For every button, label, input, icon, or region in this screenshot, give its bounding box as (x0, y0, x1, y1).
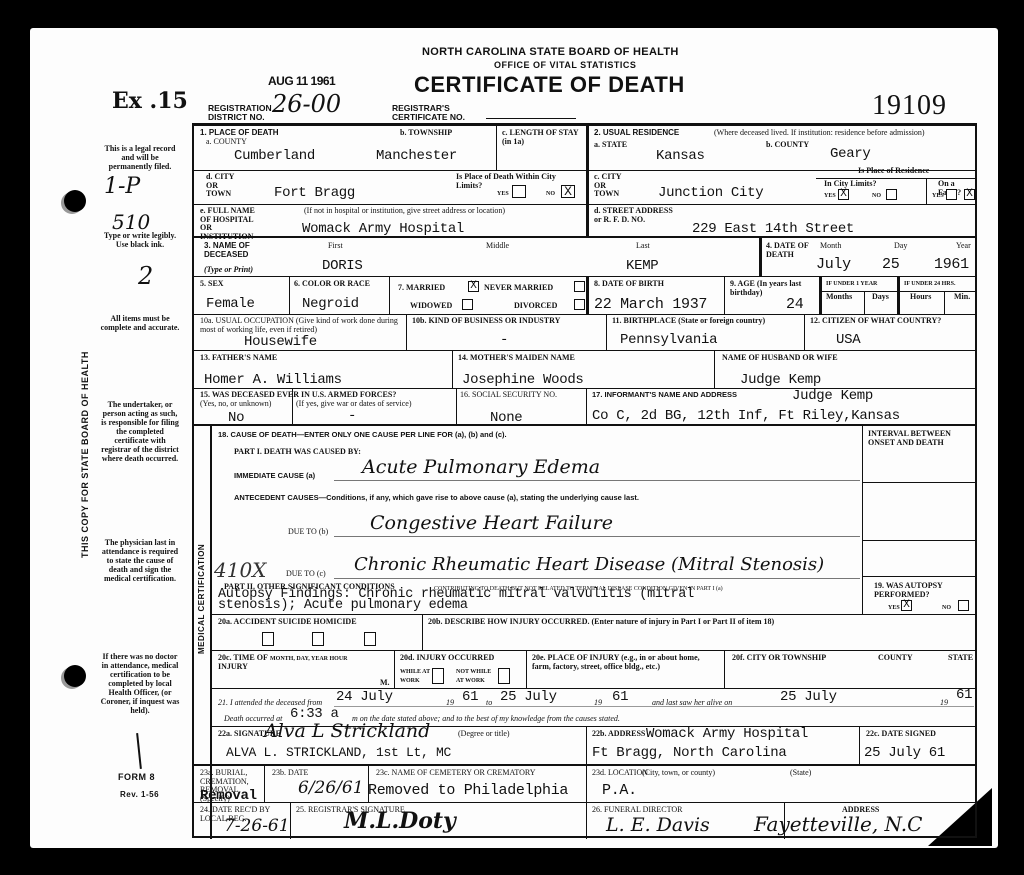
physician-signature[interactable]: Alva L Strickland (264, 720, 430, 742)
last-saw-year-field[interactable]: 61 (956, 687, 972, 703)
first-name-field[interactable]: DORIS (322, 258, 363, 274)
due-to-c-label: DUE TO (c) (286, 570, 326, 579)
autopsy-yes-checkbox[interactable]: X (901, 600, 912, 611)
cemetery-field[interactable]: Removed to Philadelphia (368, 782, 568, 799)
suicide-checkbox[interactable] (312, 632, 324, 646)
due-to-c-field[interactable]: Chronic Rheumatic Heart Disease (Mitral … (354, 554, 824, 575)
note-complete: All items must be complete and accurate. (100, 314, 180, 332)
place-of-injury-label: 20e. PLACE OF INJURY (e.g., in or about … (532, 654, 717, 671)
hospital-note: (If not in hospital or institution, give… (304, 207, 505, 216)
race-field[interactable]: Negroid (302, 296, 359, 312)
residence-in-city-no-checkbox[interactable] (886, 189, 897, 200)
physician-typed-name[interactable]: ALVA L. STRICKLAND, 1st Lt, MC (226, 745, 451, 760)
death-city-label: d. CITY OR TOWN (206, 173, 240, 199)
married-checkbox[interactable]: X (468, 281, 479, 292)
registrar-signature[interactable]: M.L.Doty (344, 808, 456, 834)
death-city-field[interactable]: Fort Bragg (274, 185, 355, 201)
yes-label: YES (932, 192, 944, 201)
autopsy-no-checkbox[interactable] (958, 600, 969, 611)
county-label: a. COUNTY (206, 138, 247, 147)
months-label: Months (826, 293, 852, 302)
form-number: FORM 8 (118, 772, 155, 782)
date-of-birth-label: 8. DATE OF BIRTH (594, 280, 664, 289)
no-label: NO (546, 190, 555, 199)
certificate-number: 19109 (872, 90, 947, 122)
under-1-year-label: IF UNDER 1 YEAR (826, 280, 877, 289)
registration-district-label: REGISTRATION DISTRICT NO. (208, 104, 278, 122)
in-city-limits-label: In City Limits? (824, 180, 876, 189)
margin-code: 410X (214, 558, 266, 582)
accident-suicide-homicide-label: 20a. ACCIDENT SUICIDE HOMICIDE (218, 618, 357, 627)
form-revision: Rev. 1-56 (120, 790, 159, 799)
other-conditions-line-2[interactable]: stenosis); Acute pulmonary edema (218, 600, 468, 612)
type-or-print-note: (Type or Print) (204, 266, 253, 275)
middle-name-label: Middle (486, 242, 509, 251)
usual-residence-note: (Where deceased lived. If institution: r… (714, 129, 925, 138)
month-label: Month (820, 242, 841, 251)
ssn-field[interactable]: None (490, 410, 522, 426)
spouse-name-field[interactable]: Judge Kemp (740, 372, 821, 388)
yes-label: YES (888, 604, 900, 613)
time-columns-label: MONTH, DAY, YEAR HOUR (270, 655, 348, 664)
citizenship-field[interactable]: USA (836, 332, 860, 348)
disposition-date-field[interactable]: 6/26/61 (298, 778, 364, 798)
birthplace-field[interactable]: Pennsylvania (620, 332, 717, 348)
punch-hole (64, 665, 86, 687)
age-label: 9. AGE (In years last birthday) (730, 280, 818, 297)
state-label: a. STATE (594, 141, 627, 150)
business-field[interactable]: - (500, 332, 508, 348)
widowed-checkbox[interactable] (462, 299, 473, 310)
degree-label: (Degree or title) (458, 730, 510, 739)
agency-name: NORTH CAROLINA STATE BOARD OF HEALTH (422, 46, 679, 58)
minutes-label: Min. (954, 293, 970, 302)
residence-state-field[interactable]: Kansas (656, 148, 705, 164)
office-name: OFFICE OF VITAL STATISTICS (494, 60, 636, 70)
first-name-label: First (328, 242, 343, 251)
township-label: b. TOWNSHIP (400, 129, 452, 138)
informant-label: 17. INFORMANT'S NAME AND ADDRESS (592, 391, 737, 400)
place-of-residence-label: Is Place of Residence (858, 167, 929, 176)
death-within-limits-no-checkbox[interactable]: X (561, 185, 575, 198)
married-label: 7. MARRIED (398, 284, 445, 293)
informant-address-field[interactable]: Co C, 2d BG, 12th Inf, Ft Riley,Kansas (592, 408, 900, 424)
handwritten-mark-3: 2 (138, 262, 153, 290)
year-label: Year (956, 242, 971, 251)
no-label: NO (942, 604, 951, 613)
not-while-at-work-label: NOT WHILE AT WORK (456, 668, 496, 685)
time-meridiem-label: M. (380, 679, 390, 688)
father-name-label: 13. FATHER'S NAME (200, 354, 277, 363)
time-of-injury-label: 20c. TIME OF INJURY (218, 654, 278, 671)
funeral-director-signature[interactable]: L. E. Davis (606, 814, 710, 836)
registrar-certificate-label: REGISTRAR'S CERTIFICATE NO. (392, 104, 502, 122)
divorced-checkbox[interactable] (574, 299, 585, 310)
hours-label: Hours (910, 293, 931, 302)
physician-address-line-1[interactable]: Womack Army Hospital (646, 726, 808, 742)
armed-forces-field[interactable]: No (228, 410, 244, 426)
due-to-b-label: DUE TO (b) (288, 528, 328, 537)
residence-city-field[interactable]: Junction City (658, 185, 763, 201)
note-type-legibly: Type or write legibly. Use black ink. (100, 231, 180, 249)
disposition-date-label: 23b. DATE (272, 769, 308, 778)
never-married-label: NEVER MARRIED (484, 284, 553, 293)
residence-farm-no-checkbox[interactable]: X (964, 189, 975, 200)
punch-hole (64, 190, 86, 212)
medical-certification-label: MEDICAL CERTIFICATION (197, 544, 206, 654)
length-of-stay-label: c. LENGTH OF STAY (in 1a) (502, 129, 582, 146)
physician-address-line-2[interactable]: Ft Bragg, North Carolina (592, 745, 786, 761)
no-label: NO (872, 192, 881, 201)
immediate-cause-field[interactable]: Acute Pulmonary Edema (362, 456, 600, 478)
business-label: 10b. KIND OF BUSINESS OR INDUSTRY (412, 317, 560, 326)
handwritten-mark-1: 1-P (104, 174, 140, 199)
homicide-checkbox[interactable] (364, 632, 376, 646)
location-field[interactable]: P.A. (602, 782, 637, 799)
race-label: 6. COLOR OR RACE (294, 280, 370, 289)
copy-for-state-label: THIS COPY FOR STATE BOARD OF HEALTH (80, 351, 90, 558)
registration-district-value: 26-00 (272, 90, 341, 118)
divorced-label: DIVORCED (514, 302, 557, 311)
armed-forces-dates-field[interactable]: - (348, 408, 356, 424)
injury-occurred-label: 20d. INJURY OCCURRED (400, 654, 494, 663)
yes-label: YES (497, 190, 509, 199)
while-at-work-checkbox[interactable] (432, 668, 444, 684)
name-of-deceased-label: 3. NAME OF DECEASED (204, 242, 274, 259)
location-state-label: (State) (790, 769, 811, 778)
last-saw-field[interactable]: 25 July (780, 689, 837, 705)
death-township-field[interactable]: Manchester (376, 148, 457, 164)
autopsy-label: 19. WAS AUTOPSY PERFORMED? (874, 582, 964, 599)
note-physician: The physician last in attendance is requ… (100, 538, 180, 583)
sex-field[interactable]: Female (206, 296, 255, 312)
spouse-name-label: NAME OF HUSBAND OR WIFE (722, 354, 838, 363)
date-signed-field[interactable]: 25 July 61 (864, 745, 945, 761)
burial-field[interactable]: Removal (200, 788, 257, 804)
death-year-field[interactable]: 1961 (934, 256, 969, 273)
father-name-field[interactable]: Homer A. Williams (204, 372, 342, 388)
never-married-checkbox[interactable] (574, 281, 585, 292)
injury-county-label: COUNTY (878, 654, 913, 663)
certificate-form: 1. PLACE OF DEATH a. COUNTY Cumberland b… (192, 123, 977, 838)
registrar-certificate-line (486, 118, 576, 119)
yes-label: YES (824, 192, 836, 201)
handwritten-top-mark: Ex .15 (112, 88, 188, 114)
mother-maiden-name-label: 14. MOTHER'S MAIDEN NAME (458, 354, 575, 363)
interval-label: INTERVAL BETWEEN ONSET AND DEATH (868, 430, 976, 447)
attended-to-year-field[interactable]: 61 (612, 689, 628, 705)
death-county-field[interactable]: Cumberland (234, 148, 315, 164)
attended-to-field[interactable]: 25 July (500, 689, 557, 705)
day-label: Day (894, 242, 907, 251)
physician-address-label: 22b. ADDRESS (592, 730, 645, 739)
received-stamp: AUG 11 1961 (268, 74, 335, 88)
not-while-at-work-checkbox[interactable] (498, 668, 510, 684)
mother-maiden-name-field[interactable]: Josephine Woods (462, 372, 584, 388)
last-name-label: Last (636, 242, 650, 251)
widowed-label: WIDOWED (410, 302, 452, 311)
armed-forces-note: (Yes, no, or unknown) (200, 400, 290, 409)
note-undertaker: The undertaker, or person acting as such… (100, 400, 180, 463)
injury-description-label: 20b. DESCRIBE HOW INJURY OCCURRED. (Ente… (428, 618, 774, 627)
date-of-death-label: 4. DATE OF DEATH (766, 242, 811, 259)
note-no-doctor: If there was no doctor in attendance, me… (100, 652, 180, 715)
funeral-address-field[interactable]: Fayetteville, N.C (754, 812, 922, 836)
injury-state-label: STATE (948, 654, 973, 663)
last-name-field[interactable]: KEMP (626, 258, 658, 274)
immediate-cause-label: IMMEDIATE CAUSE (a) (234, 472, 315, 481)
street-address-label: d. STREET ADDRESS or R. F. D. NO. (594, 207, 674, 224)
residence-farm-yes-checkbox[interactable] (946, 189, 957, 200)
residence-city-label: c. CITY OR TOWN (594, 173, 628, 199)
while-at-work-label: WHILE AT WORK (400, 668, 430, 685)
date-of-birth-field[interactable]: 22 March 1937 (594, 296, 707, 313)
sex-label: 5. SEX (200, 280, 224, 289)
attended-from-year-field[interactable]: 61 (462, 689, 478, 705)
due-to-b-field[interactable]: Congestive Heart Failure (370, 512, 613, 534)
days-label: Days (872, 293, 889, 302)
street-address-field[interactable]: 229 East 14th Street (692, 221, 854, 237)
age-field[interactable]: 24 (786, 296, 803, 313)
document-title: CERTIFICATE OF DEATH (414, 72, 685, 98)
usual-residence-label: 2. USUAL RESIDENCE (594, 129, 679, 138)
location-note: (City, town, or county) (642, 769, 715, 778)
birthplace-label: 11. BIRTHPLACE (State or foreign country… (612, 317, 765, 326)
antecedent-causes-label: ANTECEDENT CAUSES—Conditions, if any, wh… (234, 494, 639, 503)
occupation-field[interactable]: Housewife (244, 334, 317, 350)
death-month-field[interactable]: July (816, 256, 851, 273)
hospital-label: e. FULL NAME OF HOSPITAL OR INSTITUTION (200, 207, 260, 241)
informant-name-field[interactable]: Judge Kemp (792, 388, 873, 404)
cause-of-death-label: 18. CAUSE OF DEATH—ENTER ONLY ONE CAUSE … (218, 431, 507, 440)
ssn-label: 16. SOCIAL SECURITY NO. (460, 391, 557, 400)
under-24-hours-label: IF UNDER 24 HRS. (904, 280, 955, 289)
death-within-limits-yes-checkbox[interactable] (512, 185, 526, 198)
hospital-field[interactable]: Womack Army Hospital (302, 221, 464, 237)
cemetery-label: 23c. NAME OF CEMETERY OR CREMATORY (376, 769, 536, 778)
note-legal-record: This is a legal record and will be perma… (100, 144, 180, 171)
injury-city-label: 20f. CITY OR TOWNSHIP (732, 654, 826, 663)
occupation-label: 10a. USUAL OCCUPATION (Give kind of work… (200, 317, 405, 334)
residence-in-city-yes-checkbox[interactable]: X (838, 189, 849, 200)
date-received-field[interactable]: 7-26-61 (224, 816, 290, 836)
attended-from-field[interactable]: 24 July (336, 689, 393, 705)
citizenship-label: 12. CITIZEN OF WHAT COUNTRY? (810, 317, 941, 326)
residence-county-field[interactable]: Geary (830, 146, 871, 162)
date-signed-label: 22c. DATE SIGNED (866, 730, 936, 739)
death-day-field[interactable]: 25 (882, 256, 899, 273)
location-label: 23d. LOCATION (592, 769, 648, 778)
part-one-label: PART I. DEATH WAS CAUSED BY: (234, 448, 361, 457)
residence-county-label: b. COUNTY (766, 141, 809, 150)
accident-checkbox[interactable] (262, 632, 274, 646)
